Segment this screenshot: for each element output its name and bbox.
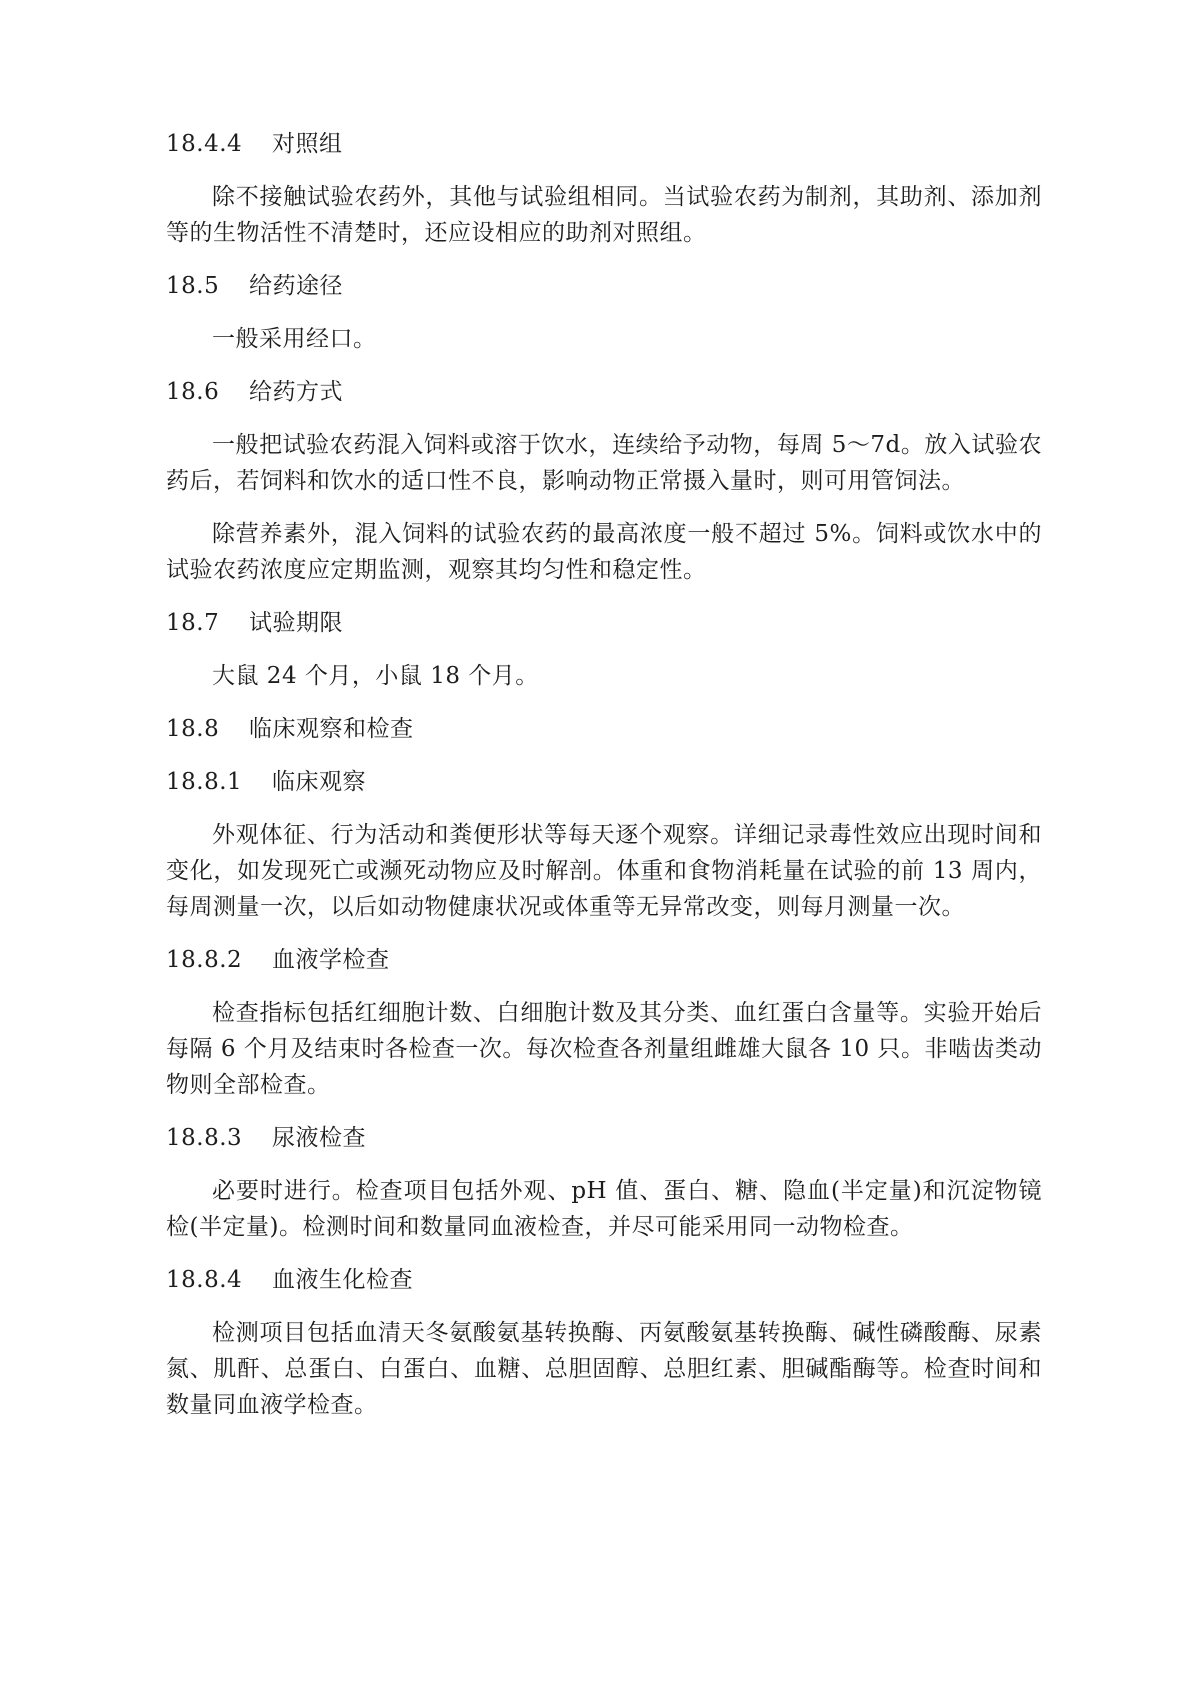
section-heading-18-5: 18.5 给药途径 bbox=[166, 268, 1042, 304]
paragraph-clinical-observation: 外观体征、行为活动和粪便形状等每天逐个观察。详细记录毒性效应出现时间和变化，如发… bbox=[166, 817, 1042, 925]
section-number: 18.8.4 bbox=[166, 1262, 242, 1298]
paragraph-test-duration: 大鼠 24 个月，小鼠 18 个月。 bbox=[166, 658, 1042, 694]
section-title: 血液生化检查 bbox=[272, 1262, 413, 1298]
paragraph-urinalysis: 必要时进行。检查项目包括外观、pH 值、蛋白、糖、隐血(半定量)和沉淀物镜检(半… bbox=[166, 1173, 1042, 1245]
section-title: 给药途径 bbox=[249, 268, 343, 304]
paragraph-dosing-method-2: 除营养素外，混入饲料的试验农药的最高浓度一般不超过 5%。饲料或饮水中的试验农药… bbox=[166, 516, 1042, 588]
section-heading-18-8-4: 18.8.4 血液生化检查 bbox=[166, 1262, 1042, 1298]
section-title: 临床观察和检查 bbox=[249, 711, 414, 747]
section-number: 18.8.1 bbox=[166, 764, 242, 800]
section-heading-18-8-3: 18.8.3 尿液检查 bbox=[166, 1120, 1042, 1156]
section-number: 18.8 bbox=[166, 711, 219, 747]
paragraph-hematology: 检查指标包括红细胞计数、白细胞计数及其分类、血红蛋白含量等。实验开始后每隔 6 … bbox=[166, 995, 1042, 1103]
section-number: 18.4.4 bbox=[166, 126, 242, 162]
section-heading-18-4-4: 18.4.4 对照组 bbox=[166, 126, 1042, 162]
paragraph-dosing-method-1: 一般把试验农药混入饲料或溶于饮水，连续给予动物，每周 5～7d。放入试验农药后，… bbox=[166, 427, 1042, 499]
section-title: 试验期限 bbox=[249, 605, 343, 641]
section-title: 血液学检查 bbox=[272, 942, 390, 978]
document-page: 18.4.4 对照组 除不接触试验农药外，其他与试验组相同。当试验农药为制剂，其… bbox=[0, 0, 1200, 1696]
section-heading-18-8-2: 18.8.2 血液学检查 bbox=[166, 942, 1042, 978]
section-number: 18.8.2 bbox=[166, 942, 242, 978]
section-title: 临床观察 bbox=[272, 764, 366, 800]
section-heading-18-7: 18.7 试验期限 bbox=[166, 605, 1042, 641]
document-content: 18.4.4 对照组 除不接触试验农药外，其他与试验组相同。当试验农药为制剂，其… bbox=[0, 0, 1200, 1423]
section-heading-18-6: 18.6 给药方式 bbox=[166, 374, 1042, 410]
section-number: 18.8.3 bbox=[166, 1120, 242, 1156]
section-title: 对照组 bbox=[272, 126, 343, 162]
paragraph-dosing-route: 一般采用经口。 bbox=[166, 321, 1042, 357]
section-heading-18-8: 18.8 临床观察和检查 bbox=[166, 711, 1042, 747]
section-title: 尿液检查 bbox=[272, 1120, 366, 1156]
section-number: 18.7 bbox=[166, 605, 219, 641]
section-heading-18-8-1: 18.8.1 临床观察 bbox=[166, 764, 1042, 800]
paragraph-blood-biochemistry: 检测项目包括血清天冬氨酸氨基转换酶、丙氨酸氨基转换酶、碱性磷酸酶、尿素氮、肌酐、… bbox=[166, 1315, 1042, 1423]
section-number: 18.5 bbox=[166, 268, 219, 304]
paragraph-control-group: 除不接触试验农药外，其他与试验组相同。当试验农药为制剂，其助剂、添加剂等的生物活… bbox=[166, 179, 1042, 251]
section-title: 给药方式 bbox=[249, 374, 343, 410]
section-number: 18.6 bbox=[166, 374, 219, 410]
